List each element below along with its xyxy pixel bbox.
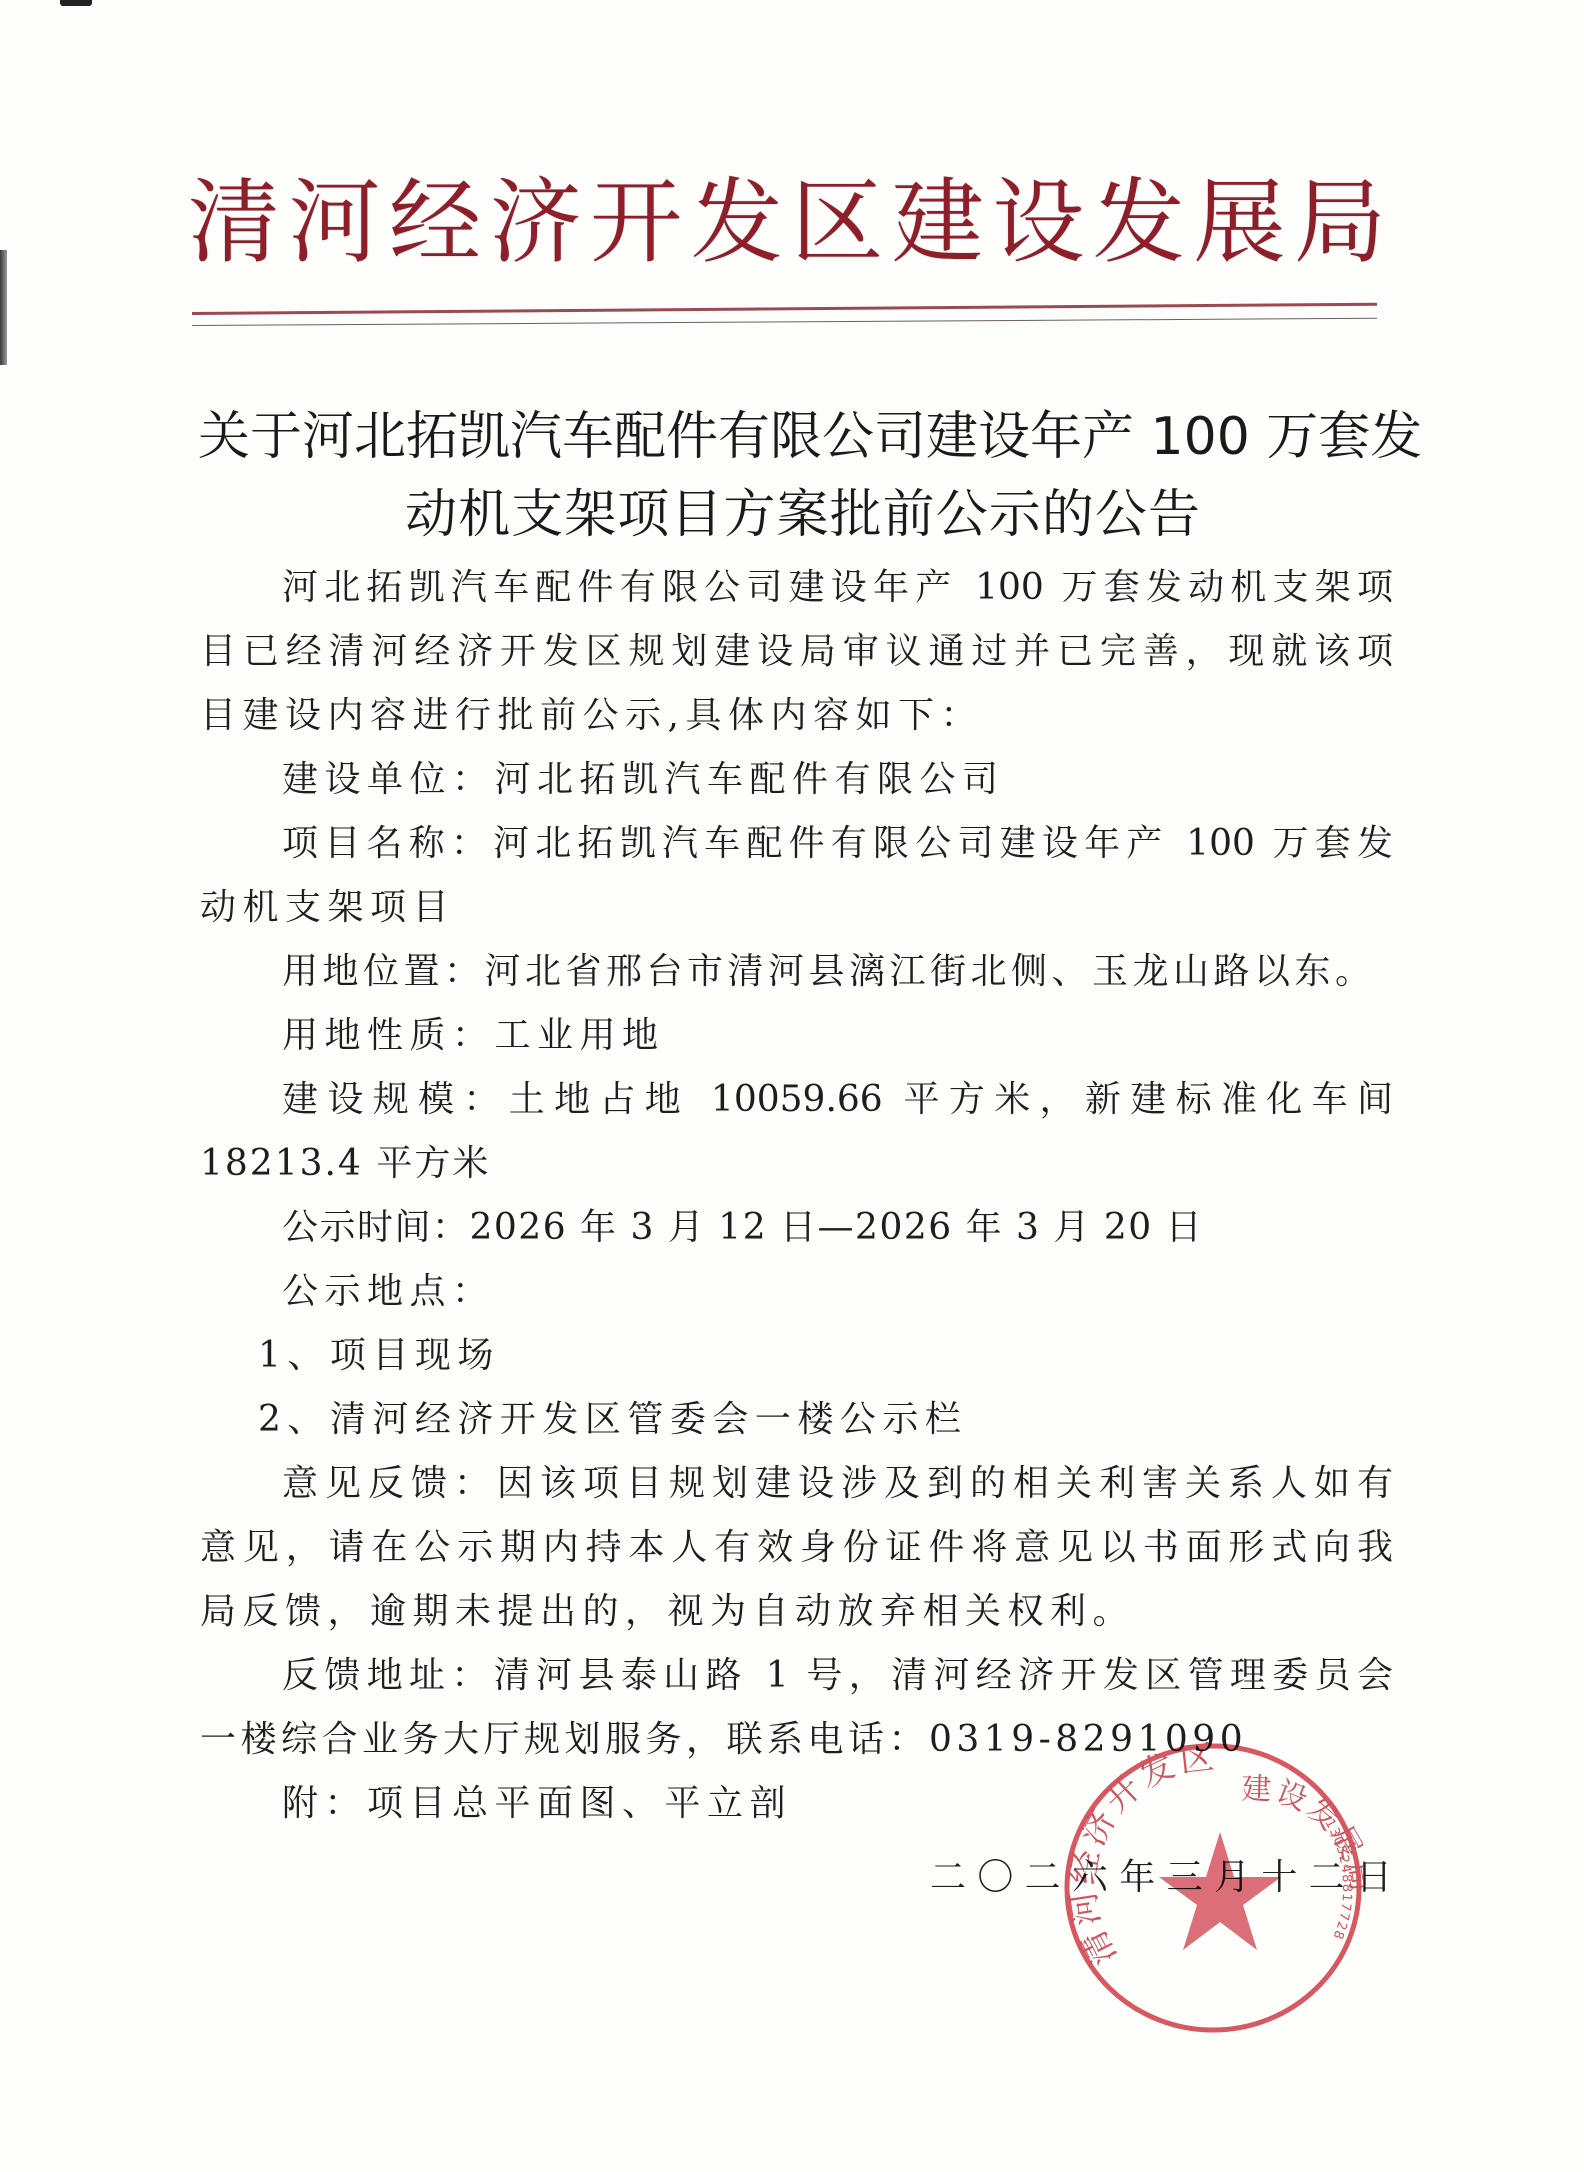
intro-line-2: 目已经清河经济开发区规划建设局审议通过并已完善，现就该项 bbox=[200, 630, 1393, 674]
construction-unit: 建设单位：河北拓凯汽车配件有限公司 bbox=[282, 758, 1005, 802]
feedback-line-1: 意见反馈：因该项目规划建设涉及到的相关利害关系人如有 bbox=[282, 1462, 1393, 1506]
construction-scale-line-2: 18213.4 平方米 bbox=[200, 1142, 490, 1186]
document-title-line-2: 动机支架项目方案批前公示的公告 bbox=[405, 483, 1200, 547]
feedback-address-line-2: 一楼综合业务大厅规划服务，联系电话：0319-8291090 bbox=[200, 1718, 1247, 1762]
construction-scale-line-1: 建设规模：土地占地 10059.66 平方米，新建标准化车间 bbox=[282, 1078, 1393, 1122]
publicity-period: 公示时间：2026 年 3 月 12 日—2026 年 3 月 20 日 bbox=[282, 1206, 1203, 1250]
scan-edge-shadow bbox=[0, 250, 7, 365]
letterhead-rule-thin bbox=[192, 318, 1377, 326]
publicity-places-label: 公示地点： bbox=[282, 1270, 495, 1314]
document-title-line-1: 关于河北拓凯汽车配件有限公司建设年产 100 万套发 bbox=[198, 405, 1414, 469]
publicity-place-2: 2、清河经济开发区管委会一楼公示栏 bbox=[258, 1398, 967, 1442]
letterhead-rule-thick bbox=[192, 303, 1377, 315]
project-name-line-1: 项目名称：河北拓凯汽车配件有限公司建设年产 100 万套发 bbox=[282, 822, 1393, 866]
letterhead-org-name: 清河经济开发区建设发展局 bbox=[188, 168, 1388, 278]
feedback-line-3: 局反馈，逾期未提出的，视为自动放弃相关权利。 bbox=[200, 1590, 1135, 1634]
land-location: 用地位置：河北省邢台市清河县漓江街北侧、玉龙山路以东。 bbox=[282, 950, 1376, 994]
publicity-place-1: 1、项目现场 bbox=[258, 1334, 500, 1378]
feedback-line-2: 意见，请在公示期内持本人有效身份证件将意见以书面形式向我 bbox=[200, 1526, 1393, 1570]
feedback-address-line-1: 反馈地址：清河县泰山路 1 号，清河经济开发区管理委员会 bbox=[282, 1654, 1393, 1698]
land-nature: 用地性质：工业用地 bbox=[282, 1014, 665, 1058]
intro-line-3: 目建设内容进行批前公示,具体内容如下： bbox=[200, 694, 983, 738]
scan-corner-mark bbox=[60, 0, 92, 6]
intro-line-1: 河北拓凯汽车配件有限公司建设年产 100 万套发动机支架项 bbox=[282, 566, 1393, 610]
project-name-line-2: 动机支架项目 bbox=[200, 886, 455, 930]
signature-date: 二〇二六年三月十二日 bbox=[930, 1856, 1392, 1900]
attachment-note: 附：项目总平面图、平立剖 bbox=[282, 1782, 792, 1826]
